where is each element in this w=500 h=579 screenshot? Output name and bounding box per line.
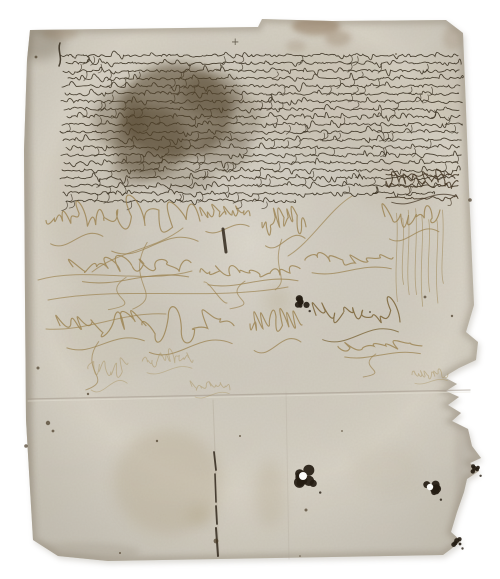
document-canvas: + [0, 0, 500, 579]
cross-mark: + [231, 37, 239, 48]
manuscript-photo: + [0, 0, 500, 579]
